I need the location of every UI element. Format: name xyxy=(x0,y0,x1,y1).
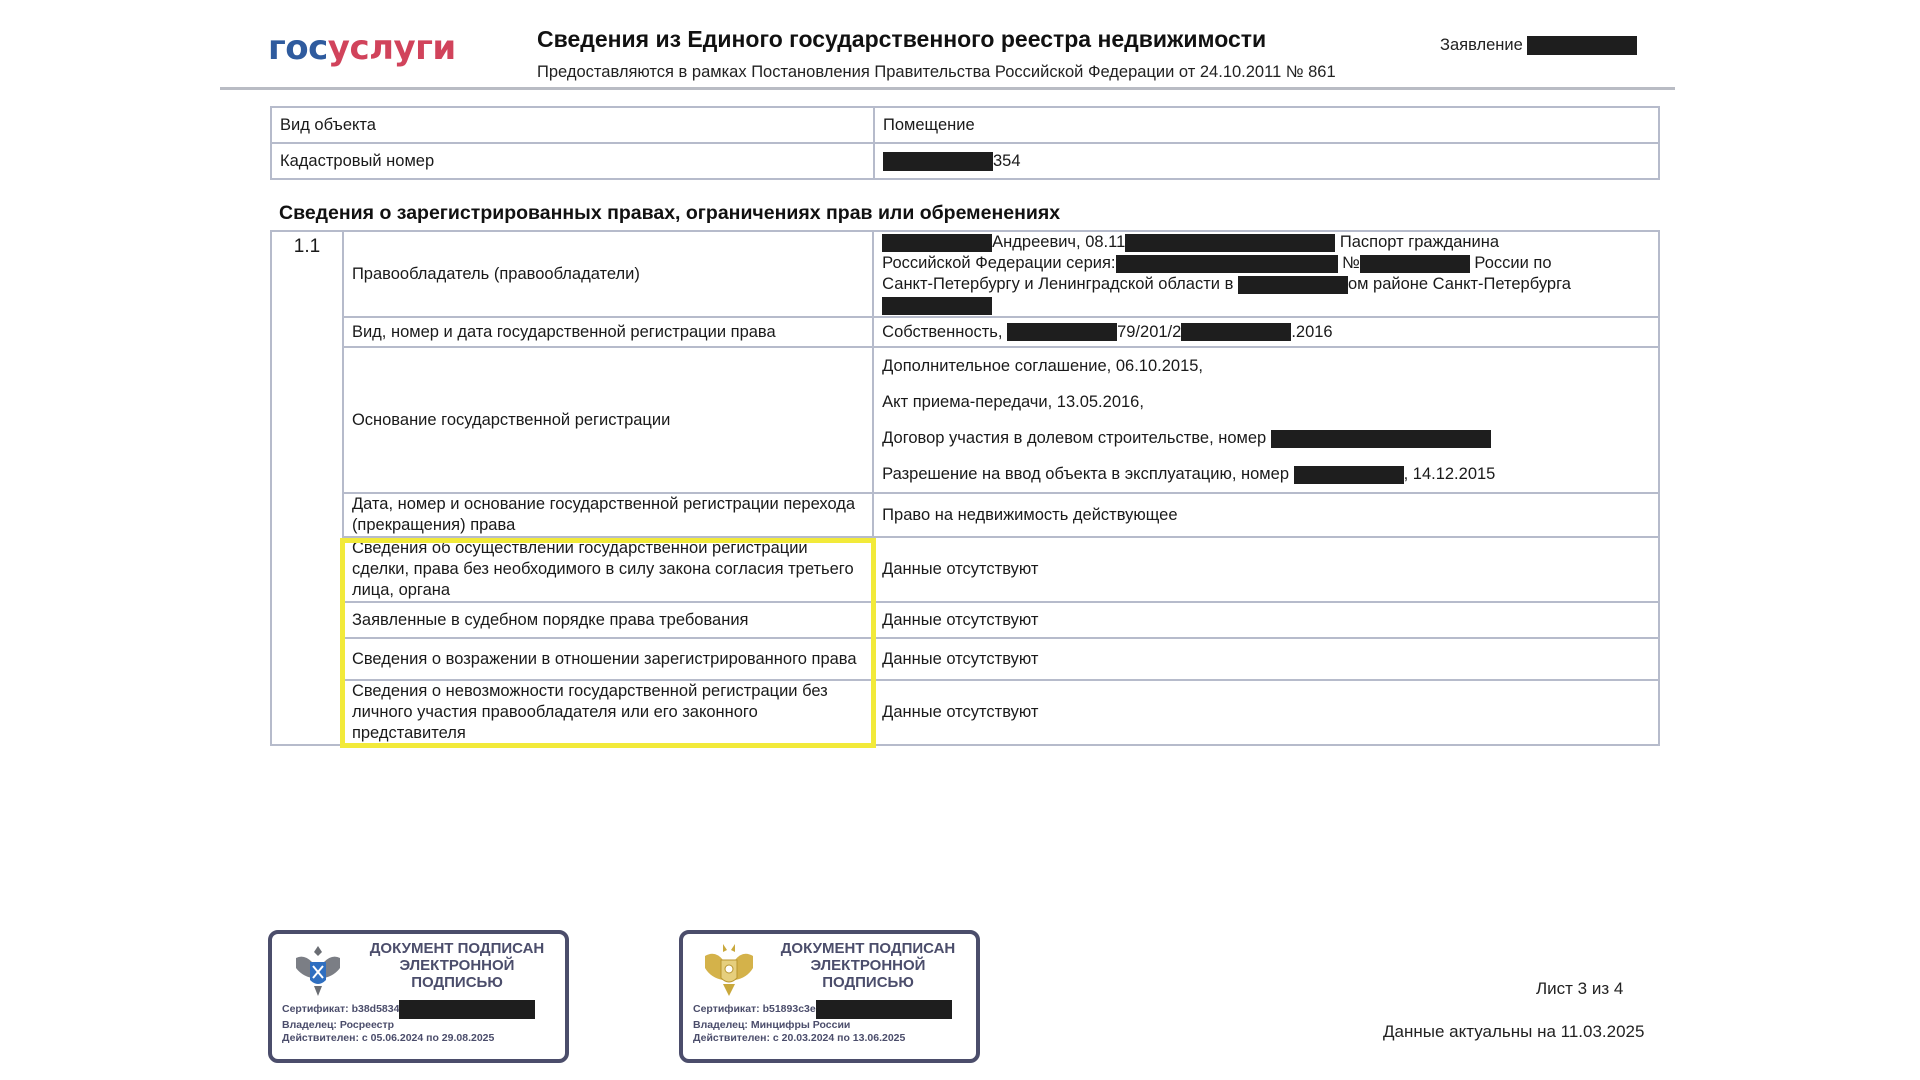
redacted-block xyxy=(1007,323,1117,341)
page-number: Лист 3 из 4 xyxy=(1536,979,1623,999)
table-row: Сведения о невозможности государственной… xyxy=(271,680,1659,745)
cadastral-number-label: Кадастровый номер xyxy=(271,143,874,179)
consent-label: Сведения об осуществлении государственно… xyxy=(343,537,873,602)
redacted-block xyxy=(883,152,993,171)
logo-part-uslugi: услуги xyxy=(328,28,456,68)
stamp-info: Сертификат: b51893c3e Владелец: Минцифры… xyxy=(693,1000,952,1045)
document-title: Сведения из Единого государственного рее… xyxy=(537,26,1266,53)
application-number: Заявление xyxy=(1440,36,1637,55)
table-row: Вид объекта Помещение xyxy=(271,107,1659,143)
table-row: Вид, номер и дата государственной регист… xyxy=(271,317,1659,347)
object-type-label: Вид объекта xyxy=(271,107,874,143)
transfer-value: Право на недвижимость действующее xyxy=(873,493,1659,537)
owner-value: Андреевич, 08.11 Паспорт гражданина Росс… xyxy=(873,231,1659,317)
redacted-block xyxy=(1125,234,1335,252)
consent-value: Данные отсутствуют xyxy=(873,537,1659,602)
redacted-block xyxy=(1238,276,1348,294)
table-row: Основание государственной регистрации До… xyxy=(271,347,1659,493)
owner-label: Правообладатель (правообладатели) xyxy=(343,231,873,317)
russia-coat-of-arms-icon xyxy=(701,940,757,1000)
cadastral-number-value: 354 xyxy=(874,143,1659,179)
application-label: Заявление xyxy=(1440,36,1523,55)
redacted-block xyxy=(1527,36,1637,55)
table-row: Сведения о возражении в отношении зареги… xyxy=(271,638,1659,680)
table-row: 1.1 Правообладатель (правообладатели) Ан… xyxy=(271,231,1659,317)
redacted-block xyxy=(1294,466,1404,484)
transfer-label: Дата, номер и основание государственной … xyxy=(343,493,873,537)
signature-stamp-rosreestr: ДОКУМЕНТ ПОДПИСАН ЭЛЕКТРОННОЙ ПОДПИСЬЮ С… xyxy=(268,930,569,1063)
court-claims-label: Заявленные в судебном порядке права треб… xyxy=(343,602,873,638)
basis-value: Дополнительное соглашение, 06.10.2015, А… xyxy=(873,347,1659,493)
redacted-block xyxy=(1360,255,1470,273)
redacted-block xyxy=(1271,430,1491,448)
logo-part-gos: гос xyxy=(268,28,328,68)
signature-stamp-mincifry: ДОКУМЕНТ ПОДПИСАН ЭЛЕКТРОННОЙ ПОДПИСЬЮ С… xyxy=(679,930,980,1063)
rosreestr-eagle-icon xyxy=(290,940,346,1000)
table-row: Кадастровый номер 354 xyxy=(271,143,1659,179)
registration-label: Вид, номер и дата государственной регист… xyxy=(343,317,873,347)
rights-table: 1.1 Правообладатель (правообладатели) Ан… xyxy=(270,230,1660,746)
gosuslugi-logo: госуслуги xyxy=(268,28,456,68)
stamp-title: ДОКУМЕНТ ПОДПИСАН ЭЛЕКТРОННОЙ ПОДПИСЬЮ xyxy=(352,940,562,991)
registration-value: Собственность, 79/201/2.2016 xyxy=(873,317,1659,347)
redacted-block xyxy=(882,297,992,315)
data-actual-date: Данные актуальны на 11.03.2025 xyxy=(1383,1022,1644,1042)
objection-value: Данные отсутствуют xyxy=(873,638,1659,680)
document-subtitle: Предоставляются в рамках Постановления П… xyxy=(537,63,1336,82)
record-number: 1.1 xyxy=(271,231,343,745)
object-type-value: Помещение xyxy=(874,107,1659,143)
redacted-block xyxy=(816,1000,952,1019)
personal-participation-label: Сведения о невозможности государственной… xyxy=(343,680,873,745)
objection-label: Сведения о возражении в отношении зареги… xyxy=(343,638,873,680)
redacted-block xyxy=(1181,323,1291,341)
basis-label: Основание государственной регистрации xyxy=(343,347,873,493)
object-table: Вид объекта Помещение Кадастровый номер … xyxy=(270,106,1660,180)
court-claims-value: Данные отсутствуют xyxy=(873,602,1659,638)
stamp-info: Сертификат: b38d5834 Владелец: Росреестр… xyxy=(282,1000,535,1045)
personal-participation-value: Данные отсутствуют xyxy=(873,680,1659,745)
redacted-block xyxy=(882,234,992,252)
table-row: Заявленные в судебном порядке права треб… xyxy=(271,602,1659,638)
section-title: Сведения о зарегистрированных правах, ог… xyxy=(279,202,1060,225)
document-header: госуслуги Сведения из Единого государств… xyxy=(220,0,1675,90)
table-row: Сведения об осуществлении государственно… xyxy=(271,537,1659,602)
redacted-block xyxy=(399,1000,535,1019)
redacted-block xyxy=(1116,255,1338,273)
table-row: Дата, номер и основание государственной … xyxy=(271,493,1659,537)
stamp-title: ДОКУМЕНТ ПОДПИСАН ЭЛЕКТРОННОЙ ПОДПИСЬЮ xyxy=(763,940,973,991)
